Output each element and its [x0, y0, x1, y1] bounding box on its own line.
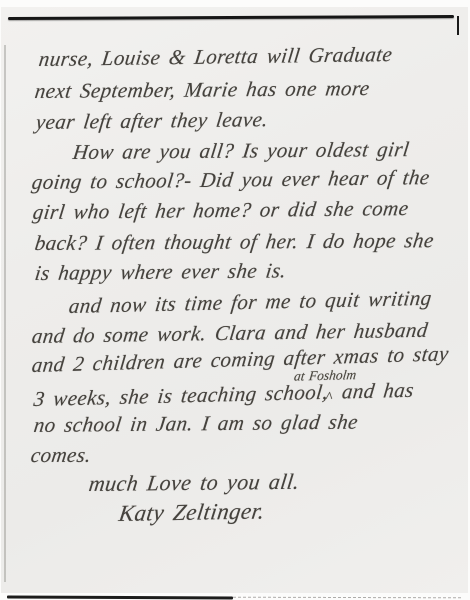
paper-edge-left — [4, 45, 6, 582]
letter-line: nurse, Louise & Loretta will Graduate — [37, 42, 394, 72]
letter-line: next September, Marie has one more — [33, 76, 371, 104]
letter-closing-line: much Love to you all. — [87, 469, 301, 497]
letter-line: girl who left her home? or did she come — [31, 196, 410, 225]
letter-signature: Katy Zeltinger. — [117, 498, 266, 527]
letter-line-paragraph-start: How are you all? Is your oldest girl — [71, 137, 410, 165]
paper-edge-bottom — [7, 596, 233, 600]
letter-paper: nurse, Louise & Loretta will Graduate ne… — [1, 7, 468, 593]
paper-edge-bottom-faint — [233, 597, 461, 599]
letter-line: is happy where ever she is. — [33, 258, 288, 286]
letter-line: comes. — [29, 443, 93, 468]
scanned-letter-page: nurse, Louise & Loretta will Graduate ne… — [0, 0, 470, 600]
inserted-text-above-line: at Fosholm — [293, 367, 357, 385]
letter-line: year left after they leave. — [34, 107, 269, 135]
letter-line: no school in Jan. I am so glad she — [32, 410, 359, 438]
letter-line-with-insertion: 3 weeks, she is teaching school,at Fosho… — [32, 376, 415, 412]
letter-line: back? I often thought of her. I do hope … — [33, 228, 435, 256]
paper-edge-top — [8, 15, 454, 20]
line-text-before-insertion: 3 weeks, she is teaching school, — [33, 380, 330, 411]
insertion-caret-mark: ^ — [324, 390, 333, 407]
letter-line-paragraph-start: and now its time for me to quit writing — [68, 286, 434, 319]
paper-edge-corner-mark — [457, 16, 459, 35]
letter-line: going to school?- Did you ever hear of t… — [30, 165, 431, 195]
insertion-wrap: at Fosholm^ — [327, 377, 343, 398]
